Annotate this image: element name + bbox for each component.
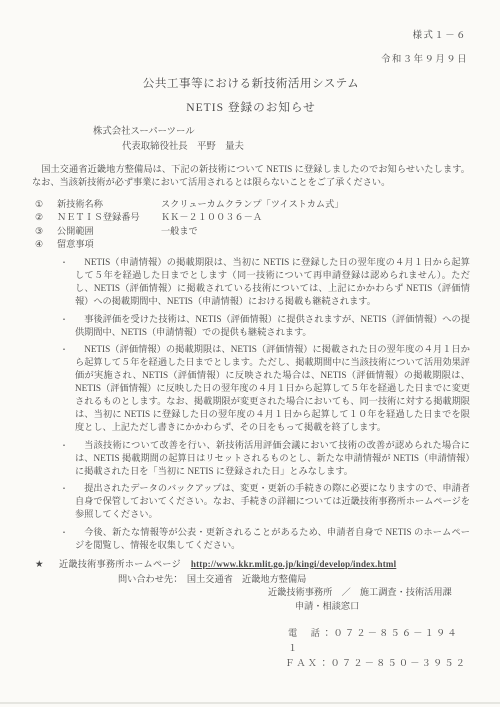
item-number: ④ [35,238,57,252]
contact-office: 近畿技術事務所 ／ 施工調査・技術活用課 [268,586,470,600]
company-name: 株式会社スーパーツール [93,126,470,139]
registration-items: ① 新技術名称 スクリューカムクランプ「ツイストカム式」 ② ＮＥＴＩＳ登録番号… [35,198,470,252]
item-label: 留意事項 [57,238,161,252]
note-text: 当該技術について改善を行い、新技術活用評価会議において技術の改善が認められた場合… [75,440,470,476]
star-icon: ★ [35,558,59,572]
document-page: 様式１－６ 令和３年９月９日 公共工事等における新技術活用システム NETIS … [0,0,500,707]
note-item: ・NETIS（申請情報）の掲載期限は、当初に NETIS に登録した日の翌年度の… [75,256,470,308]
item-value: ＫＫ－２１００３６－Ａ [161,211,470,225]
representative-name: 代表取締役社長 平野 量夫 [122,141,470,154]
document-subtitle: NETIS 登録のお知らせ [32,100,470,116]
document-title: 公共工事等における新技術活用システム [32,76,470,92]
bullet-icon: ・ [60,439,68,452]
item-value: スクリューカムクランプ「ツイストカム式」 [161,198,470,212]
item-label: 新技術名称 [57,198,161,212]
homepage-label: 近畿技術事務所ホームページ [59,557,181,571]
scan-edge-artifact [0,702,500,704]
bullet-icon: ・ [60,256,68,269]
document-date: 令和３年９月９日 [32,54,468,67]
homepage-link[interactable]: http://www.kkr.mlit.go.jp/kingi/develop/… [191,557,396,571]
note-text: 提出されたデータのバックアップは、変更・更新の手続きの際に必要になりますので、申… [75,483,470,519]
item-number: ② [35,211,57,225]
contact-window: 申請・相談窓口 [295,600,470,614]
item-label: 公開範囲 [57,225,161,239]
note-item: ・今後、新たな情報等が公表・更新されることがあるため、申請者自身で NETIS … [75,526,470,552]
contact-intro: 問い合わせ先： 国土交通省 近畿地方整備局 [118,573,470,587]
bullet-icon: ・ [60,343,68,356]
note-text: NETIS（申請情報）の掲載期限は、当初に NETIS に登録した日の翌年度の４… [75,257,470,306]
note-item: ・事後評価を受けた技術は、NETIS（評価情報）に提供されますが、NETIS（評… [75,313,470,339]
fax-number: ＦＡＸ：０７２－８５０－３９５２ [285,656,470,671]
note-text: NETIS（評価情報）の掲載期限は、NETIS（評価情報）に掲載された日の翌年度… [75,344,470,432]
notes-list: ・NETIS（申請情報）の掲載期限は、当初に NETIS に登録した日の翌年度の… [32,256,470,552]
registration-item-row: ① 新技術名称 スクリューカムクランプ「ツイストカム式」 [35,198,470,212]
registration-item-row: ③ 公開範囲 一般まで [35,225,470,239]
bullet-icon: ・ [60,526,68,539]
form-code: 様式１－６ [32,30,467,43]
note-item: ・当該技術について改善を行い、新技術活用評価会議において技術の改善が認められた場… [75,439,470,478]
registration-item-row: ② ＮＥＴＩＳ登録番号 ＫＫ－２１００３６－Ａ [35,211,470,225]
item-value: 一般まで [161,225,470,239]
note-item: ・NETIS（評価情報）の掲載期限は、NETIS（評価情報）に掲載された日の翌年… [75,343,470,434]
phone-number: 電 話：０７２－８５６－１９４１ [288,626,470,656]
note-item: ・提出されたデータのバックアップは、変更・更新の手続きの際に必要になりますので、… [75,482,470,521]
note-text: 今後、新たな情報等が公表・更新されることがあるため、申請者自身で NETIS の… [75,527,470,550]
homepage-line: ★ 近畿技術事務所ホームページ http://www.kkr.mlit.go.j… [35,557,470,572]
item-label: ＮＥＴＩＳ登録番号 [57,211,161,225]
item-number: ③ [35,225,57,239]
bullet-icon: ・ [60,313,68,326]
intro-paragraph: 国土交通省近畿地方整備局は、下記の新技術について NETIS に登録しましたので… [32,163,470,189]
bullet-icon: ・ [60,482,68,495]
item-value [161,238,470,252]
registration-item-row: ④ 留意事項 [35,238,470,252]
note-text: 事後評価を受けた技術は、NETIS（評価情報）に提供されますが、NETIS（評価… [75,314,470,337]
item-number: ① [35,198,57,212]
